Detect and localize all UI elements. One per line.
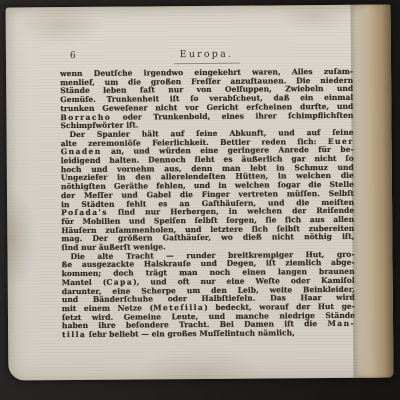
page-gutter-edge <box>351 4 394 377</box>
body-text: wenn Deutſche irgendwo eingekehrt waren,… <box>60 68 355 340</box>
text-line: tilla ſehr beliebt — ein großes Muſſelin… <box>62 329 355 340</box>
scan-background: 6 Europa. wenn Deutſche irgendwo eingeke… <box>0 0 400 400</box>
header-rule <box>173 63 239 65</box>
running-title: Europa. <box>60 48 353 61</box>
page-content: 6 Europa. wenn Deutſche irgendwo eingeke… <box>60 48 355 340</box>
page-header: 6 Europa. <box>60 48 353 62</box>
page-number: 6 <box>70 51 76 61</box>
book-page: 6 Europa. wenn Deutſche irgendwo eingeke… <box>6 4 394 380</box>
